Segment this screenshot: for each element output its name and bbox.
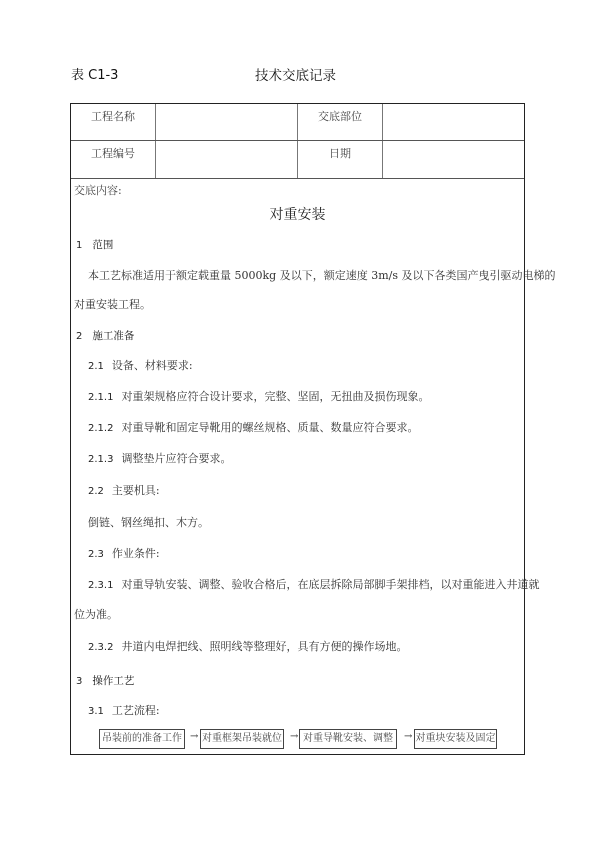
section-text: 操作工艺 bbox=[92, 675, 134, 687]
flow-step-1: 吊装前的准备工作 bbox=[99, 729, 185, 749]
field-project-name[interactable] bbox=[156, 104, 298, 140]
flow-arrow-icon: → bbox=[404, 731, 412, 742]
section-number: 1 bbox=[76, 240, 82, 251]
info-row-project-name: 工程名称 交底部位 bbox=[71, 104, 524, 141]
section-heading: 3操作工艺 bbox=[76, 673, 134, 688]
section-number: 2.1.3 bbox=[88, 454, 113, 465]
field-project-number[interactable] bbox=[156, 141, 298, 178]
flow-arrow-icon: → bbox=[290, 731, 298, 742]
process-flow: 吊装前的准备工作 → 对重框架吊装就位 → 对重导靴安装、调整 → 对重块安装及… bbox=[71, 729, 524, 751]
section-text: 施工准备 bbox=[92, 330, 134, 342]
subsection-line: 2.2主要机具: bbox=[88, 482, 160, 498]
section-heading: 1范围 bbox=[76, 237, 113, 252]
section-text: 对重架规格应符合设计要求，完整、坚固，无扭曲及损伤现象。 bbox=[121, 390, 429, 403]
subsection-line: 2.3.2井道内电焊把线、照明线等整理好，具有方便的操作场地。 bbox=[88, 638, 407, 654]
flow-step-3: 对重导靴安装、调整 bbox=[299, 729, 397, 749]
section-number: 2.3 bbox=[88, 549, 104, 560]
content-label: 交底内容: bbox=[74, 182, 122, 198]
section-number: 2.1 bbox=[88, 361, 104, 372]
section-number: 2.3.1 bbox=[88, 580, 113, 591]
section-text: 设备、材料要求: bbox=[112, 359, 193, 372]
subsection-line: 2.1.2对重导靴和固定导靴用的螺丝规格、质量、数量应符合要求。 bbox=[88, 419, 418, 435]
document-title: 技术交底记录 bbox=[255, 64, 336, 84]
section-text: 调整垫片应符合要求。 bbox=[121, 452, 231, 465]
section-text: 作业条件: bbox=[112, 547, 160, 560]
section-number: 2.1.2 bbox=[88, 423, 113, 434]
section-text: 井道内电焊把线、照明线等整理好，具有方便的操作场地。 bbox=[121, 640, 407, 653]
label-project-name: 工程名称 bbox=[71, 104, 156, 140]
field-disclosure-location[interactable] bbox=[383, 104, 524, 140]
section-number: 3 bbox=[76, 676, 82, 687]
paragraph-line: 位为准。 bbox=[74, 606, 118, 622]
subsection-line: 2.1.1对重架规格应符合设计要求，完整、坚固，无扭曲及损伤现象。 bbox=[88, 388, 429, 404]
subsection-line: 2.1设备、材料要求: bbox=[88, 357, 193, 373]
paragraph-line: 倒链、钢丝绳扣、木方。 bbox=[88, 514, 209, 530]
flow-step-2: 对重框架吊装就位 bbox=[200, 729, 284, 749]
label-project-number: 工程编号 bbox=[71, 141, 156, 178]
paragraph-line: 对重安装工程。 bbox=[74, 296, 151, 312]
label-date: 日期 bbox=[298, 141, 383, 178]
flow-step-4: 对重块安装及固定 bbox=[414, 729, 497, 749]
field-date[interactable] bbox=[383, 141, 524, 178]
section-text: 工艺流程: bbox=[112, 704, 160, 717]
section-text: 对重导靴和固定导靴用的螺丝规格、质量、数量应符合要求。 bbox=[121, 421, 418, 434]
form-code: 表 C1-3 bbox=[71, 64, 118, 83]
subsection-line: 2.3作业条件: bbox=[88, 545, 160, 561]
section-text: 对重导轨安装、调整、验收合格后，在底层拆除局部脚手架排档，以对重能进入井道就 bbox=[121, 578, 539, 591]
content-title: 对重安装 bbox=[71, 204, 524, 224]
section-text: 范围 bbox=[92, 239, 113, 251]
section-number: 2.3.2 bbox=[88, 642, 113, 653]
section-number: 3.1 bbox=[88, 706, 104, 717]
subsection-line: 2.1.3调整垫片应符合要求。 bbox=[88, 450, 231, 466]
flow-arrow-icon: → bbox=[190, 731, 198, 742]
paragraph-line: 本工艺标准适用于额定载重量 5000kg 及以下，额定速度 3m/s 及以下各类… bbox=[88, 267, 555, 283]
info-row-project-number: 工程编号 日期 bbox=[71, 141, 524, 179]
record-table: 工程名称 交底部位 工程编号 日期 交底内容: 对重安装 1范围 本工艺标准适用… bbox=[70, 103, 525, 755]
section-number: 2.1.1 bbox=[88, 392, 113, 403]
subsection-line: 3.1工艺流程: bbox=[88, 702, 160, 718]
section-number: 2.2 bbox=[88, 486, 104, 497]
subsection-line: 2.3.1对重导轨安装、调整、验收合格后，在底层拆除局部脚手架排档，以对重能进入… bbox=[88, 576, 539, 592]
section-heading: 2施工准备 bbox=[76, 328, 134, 343]
label-disclosure-location: 交底部位 bbox=[298, 104, 383, 140]
section-text: 主要机具: bbox=[112, 484, 160, 497]
section-number: 2 bbox=[76, 331, 82, 342]
